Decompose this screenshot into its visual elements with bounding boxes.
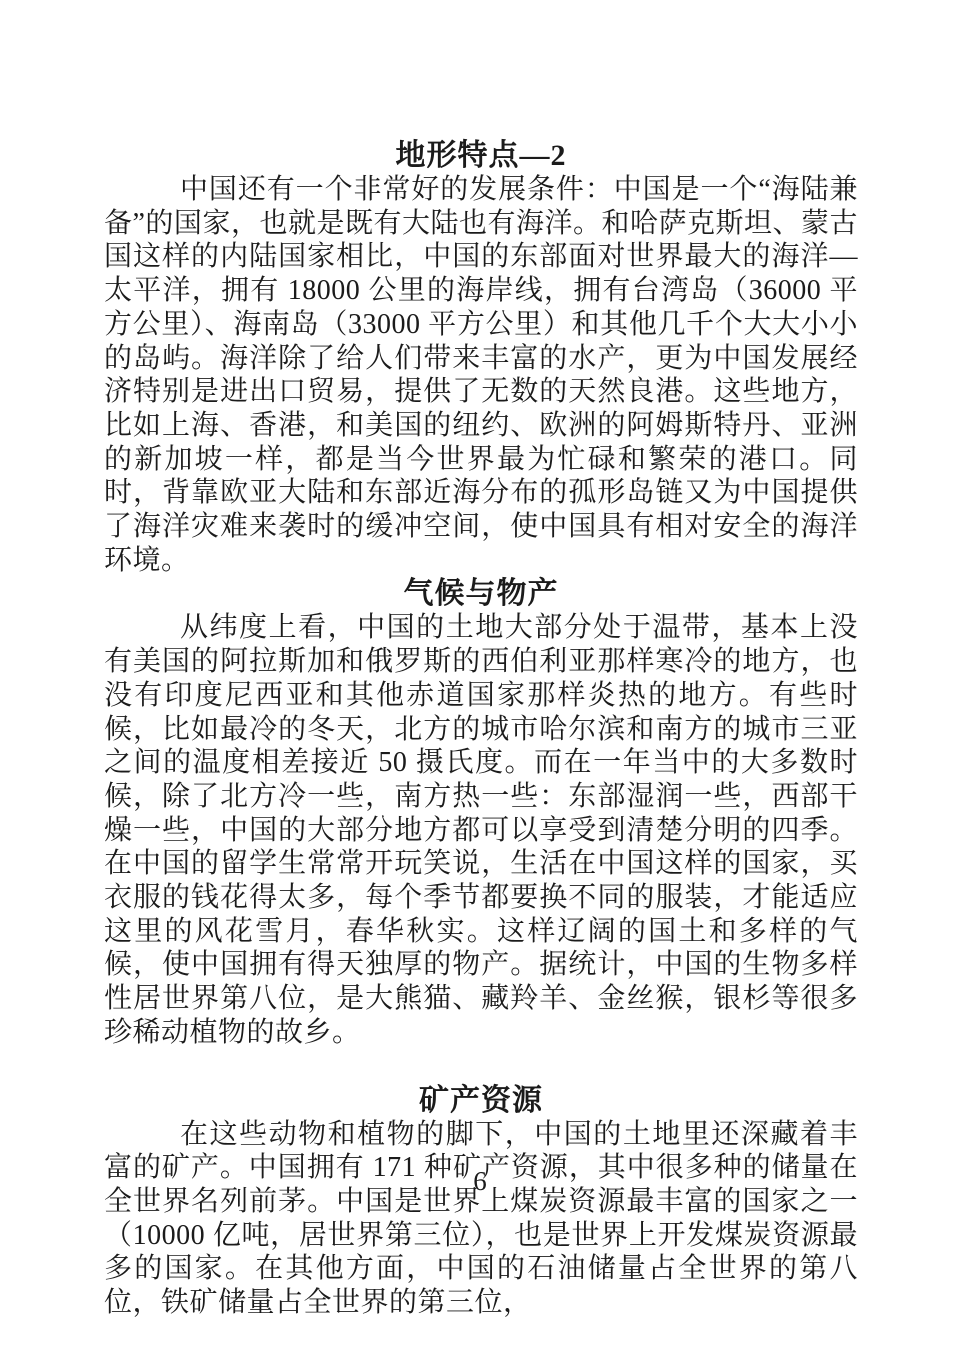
- document-page: 地形特点—2 中国还有一个非常好的发展条件：中国是一个“海陆兼备”的国家，也就是…: [0, 0, 960, 1361]
- paragraph-climate: 从纬度上看，中国的土地大部分处于温带，基本上没有美国的阿拉斯加和俄罗斯的西伯利亚…: [104, 611, 858, 1049]
- paragraph-minerals: 在这些动物和植物的脚下，中国的土地里还深藏着丰富的矿产。中国拥有 171 种矿产…: [104, 1118, 858, 1320]
- heading-mineral-resources: 矿产资源: [104, 1084, 858, 1118]
- document-content: 地形特点—2 中国还有一个非常好的发展条件：中国是一个“海陆兼备”的国家，也就是…: [104, 139, 858, 1320]
- page-number: 6: [0, 1166, 960, 1197]
- heading-climate-and-products: 气候与物产: [104, 577, 858, 611]
- page-title: 地形特点—2: [104, 139, 858, 173]
- paragraph-terrain: 中国还有一个非常好的发展条件：中国是一个“海陆兼备”的国家，也就是既有大陆也有海…: [104, 173, 858, 577]
